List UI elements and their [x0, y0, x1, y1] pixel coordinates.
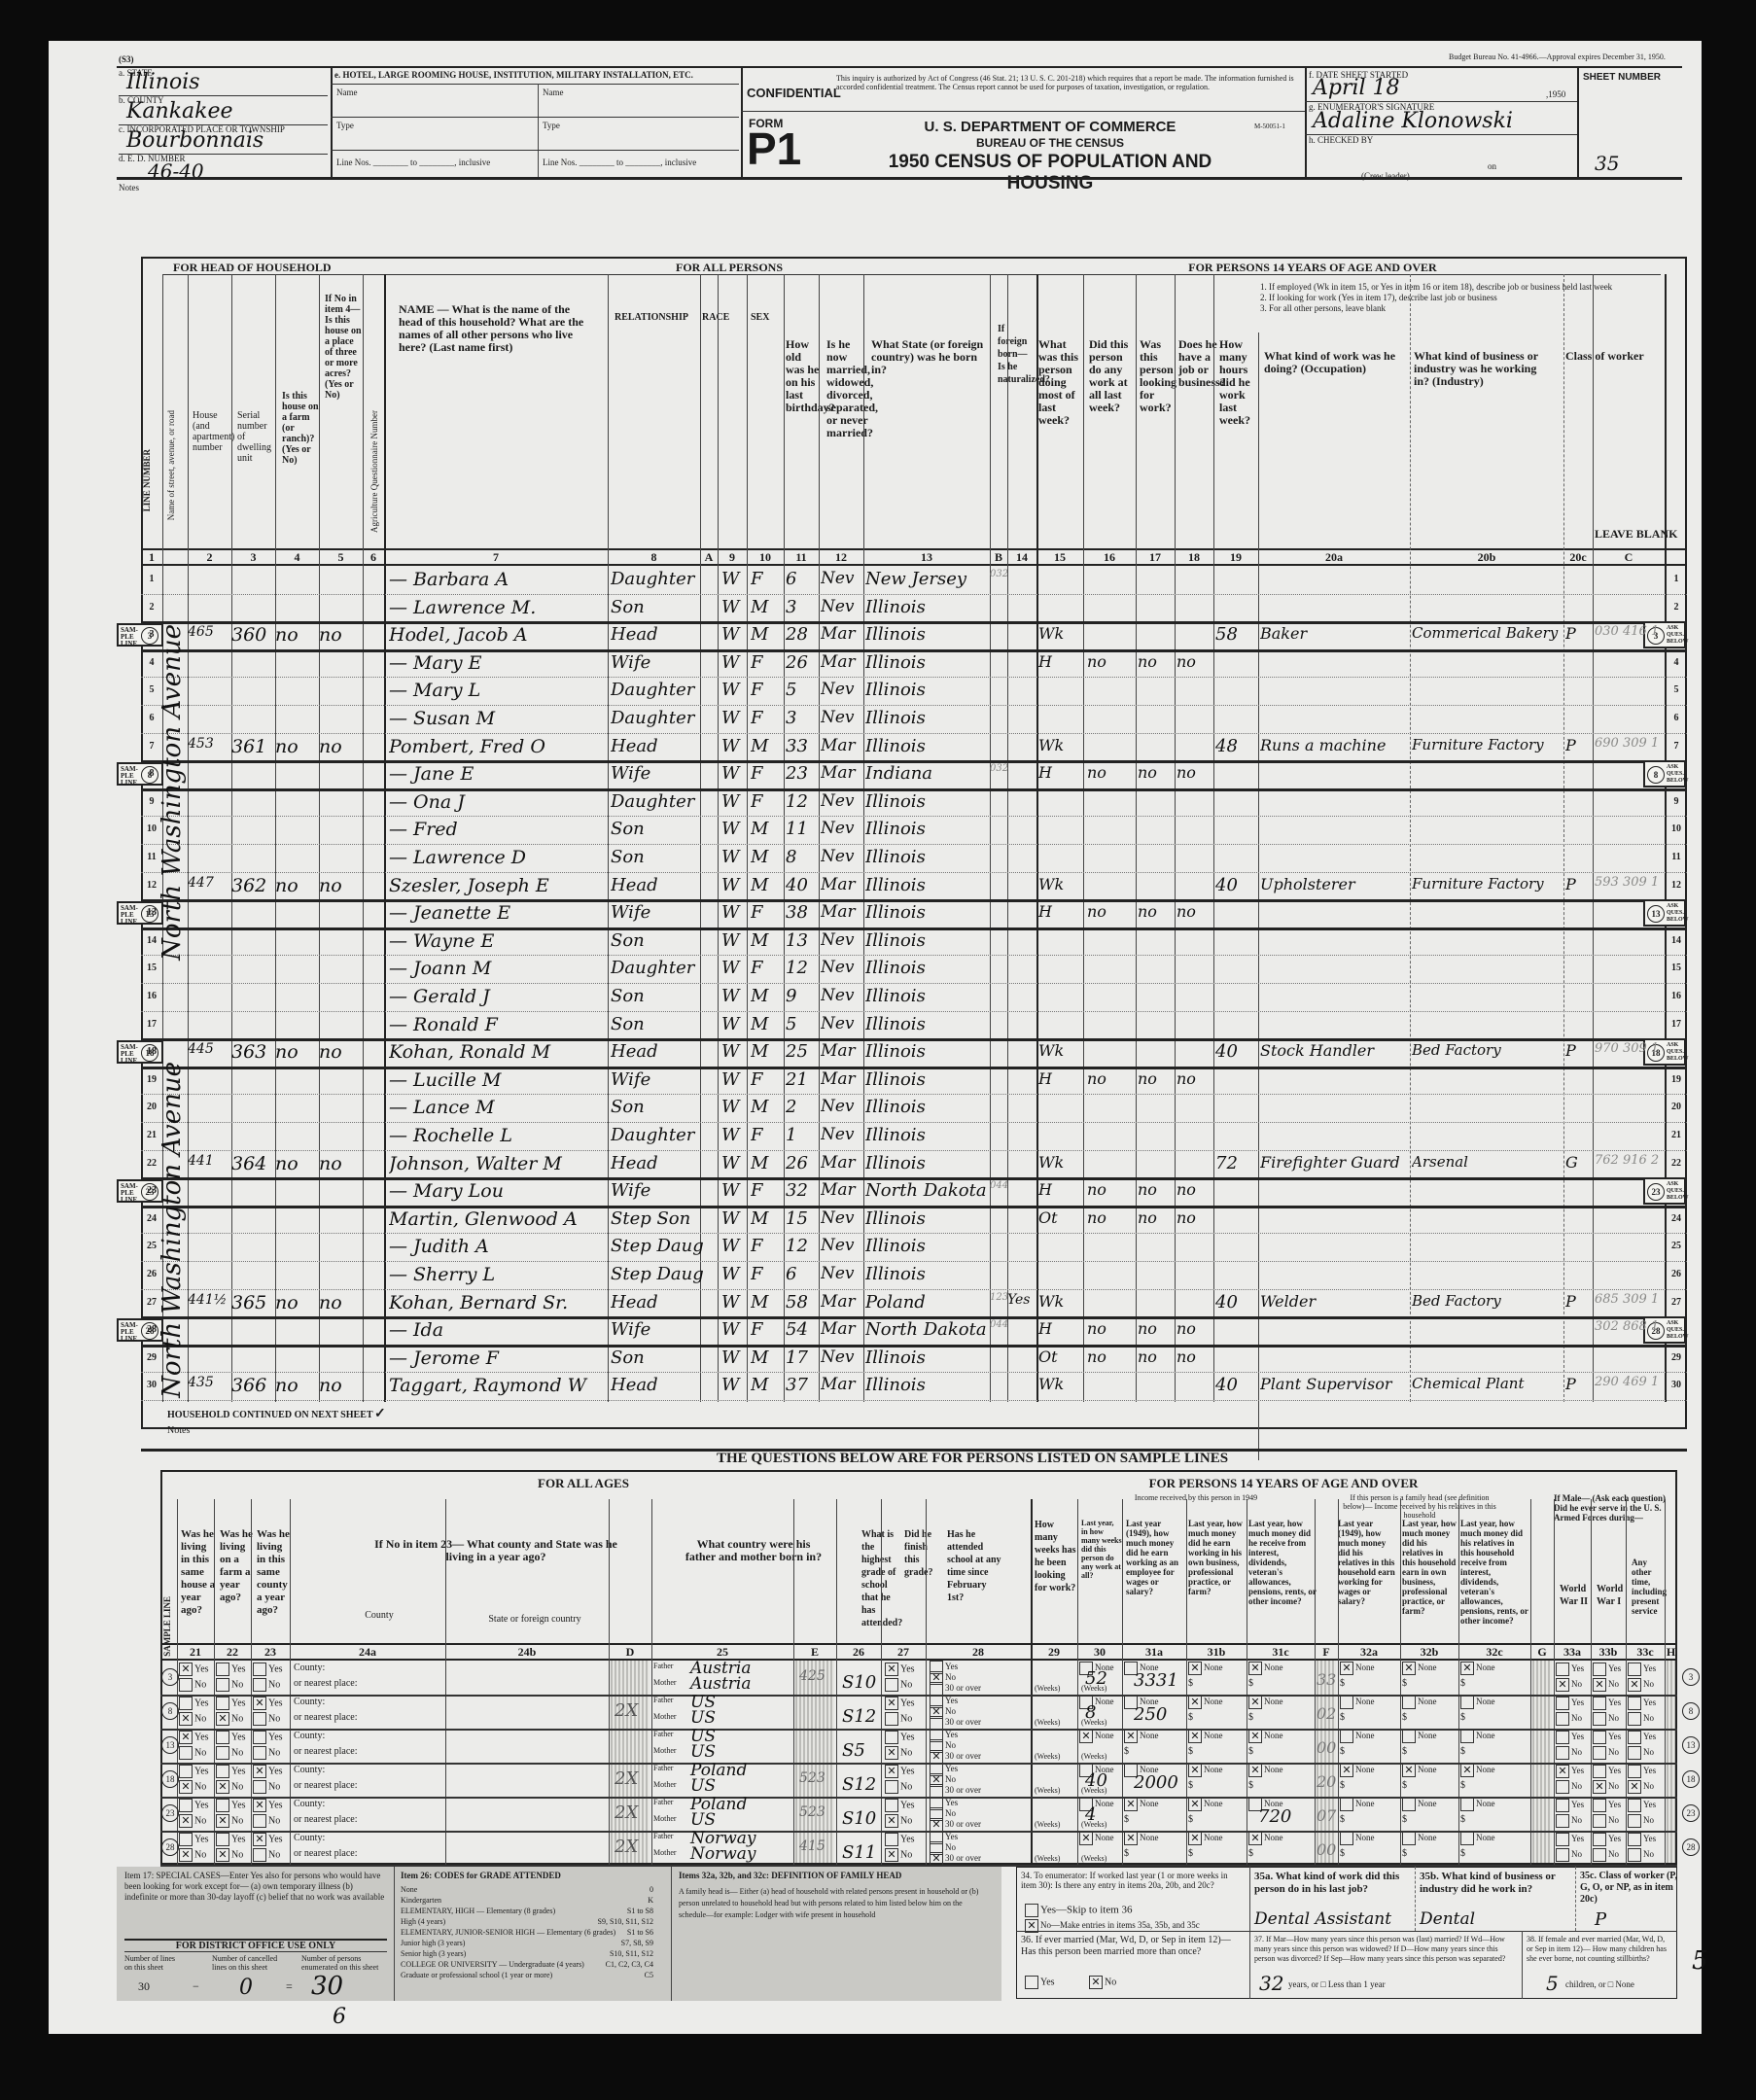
checkbox[interactable]	[216, 1799, 229, 1812]
income-none-own_biz[interactable]: ✕None	[1188, 1662, 1223, 1675]
checkbox[interactable]	[253, 1780, 266, 1794]
checkbox[interactable]: ✕	[1402, 1764, 1416, 1777]
checkbox[interactable]	[179, 1765, 193, 1778]
checkbox[interactable]: ✕	[179, 1814, 193, 1828]
armed-no-ww1[interactable]: No	[1593, 1746, 1619, 1760]
checkbox[interactable]	[1556, 1662, 1569, 1676]
finish-yes[interactable]: Yes	[885, 1833, 915, 1846]
finish-yes[interactable]: ✕Yes	[885, 1662, 915, 1676]
cell-race: W	[721, 1097, 747, 1117]
checkbox[interactable]: ✕	[1124, 1832, 1138, 1845]
checkbox[interactable]	[885, 1678, 898, 1692]
checkbox[interactable]: ✕	[1248, 1832, 1262, 1845]
checkbox[interactable]	[179, 1697, 193, 1710]
weeks-worked-none[interactable]: ✕None	[1079, 1730, 1114, 1743]
cell-birthplace: Illinois	[865, 1236, 992, 1256]
checkbox[interactable]	[1628, 1731, 1641, 1744]
checkbox[interactable]	[1556, 1780, 1569, 1794]
finish-yes[interactable]: ✕Yes	[885, 1697, 915, 1710]
checkbox[interactable]	[1556, 1697, 1569, 1710]
armed-yes-ww2[interactable]: Yes	[1556, 1662, 1584, 1676]
armed-yes-ww1[interactable]: Yes	[1593, 1799, 1621, 1812]
checkbox[interactable]: ✕	[930, 1750, 943, 1764]
checkbox[interactable]: ✕	[179, 1731, 193, 1744]
checkbox-no-q22[interactable]: No	[216, 1678, 243, 1692]
checkbox-label: None	[1204, 1697, 1223, 1706]
family-head-title: Items 32a, 32b, and 32c: DEFINITION OF F…	[679, 1871, 901, 1880]
checkbox[interactable]	[1340, 1730, 1353, 1743]
checkbox[interactable]	[1402, 1832, 1416, 1845]
checkbox-label: No	[1643, 1713, 1654, 1723]
income-none-rel_wages[interactable]: None	[1340, 1696, 1375, 1709]
checkbox[interactable]: ✕	[885, 1746, 898, 1760]
armed-yes-ww2[interactable]: Yes	[1556, 1833, 1584, 1846]
armed-no-ww1[interactable]: No	[1593, 1848, 1619, 1862]
checkbox[interactable]: ✕	[1593, 1780, 1606, 1794]
checkbox[interactable]: ✕	[1556, 1765, 1569, 1778]
income-none-other_inc[interactable]: ✕None	[1248, 1696, 1283, 1709]
checkbox[interactable]: ✕	[885, 1765, 898, 1778]
checkbox[interactable]: ✕	[1248, 1662, 1262, 1675]
cell-name: Martin, Glenwood A	[389, 1208, 608, 1230]
armed-no-other_service[interactable]: No	[1628, 1746, 1654, 1760]
q38-answer: 5	[1546, 1972, 1559, 1995]
checkbox[interactable]	[1628, 1712, 1641, 1726]
checkbox[interactable]: ✕	[885, 1697, 898, 1710]
school-30-or-over[interactable]: 30 or over	[930, 1784, 981, 1798]
checkbox[interactable]: ✕	[885, 1848, 898, 1862]
checkbox[interactable]	[1460, 1696, 1474, 1709]
checkbox[interactable]: ✕	[1188, 1798, 1202, 1811]
checkbox-yes-q21[interactable]: Yes	[179, 1765, 209, 1778]
armed-no-ww1[interactable]: No	[1593, 1712, 1619, 1726]
checkbox[interactable]	[1556, 1731, 1569, 1744]
income-none-rel_biz[interactable]: ✕None	[1402, 1764, 1437, 1777]
income-none-other_inc[interactable]: ✕None	[1248, 1662, 1283, 1675]
checkbox[interactable]	[1556, 1712, 1569, 1726]
checkbox[interactable]	[253, 1848, 266, 1862]
cell-occupation: Runs a machine	[1260, 736, 1410, 754]
checkbox[interactable]: ✕	[1248, 1696, 1262, 1709]
checkbox-yes-q21[interactable]: ✕Yes	[179, 1662, 209, 1676]
checkbox[interactable]	[253, 1731, 266, 1744]
income-none-rel_other[interactable]: None	[1460, 1696, 1495, 1709]
cell-name: — Jeanette E	[389, 902, 608, 924]
checkbox-yes-q21[interactable]: Yes	[179, 1833, 209, 1846]
school-30-or-over[interactable]: ✕30 or over	[930, 1852, 981, 1866]
checkbox[interactable]	[1340, 1696, 1353, 1709]
grade-code-label: Junior high (3 years)	[401, 1938, 465, 1948]
checkbox[interactable]	[1628, 1765, 1641, 1778]
armed-yes-other_service[interactable]: Yes	[1628, 1799, 1656, 1812]
armed-yes-other_service[interactable]: Yes	[1628, 1662, 1656, 1676]
checkbox[interactable]: ✕	[253, 1799, 266, 1812]
armed-yes-other_service[interactable]: Yes	[1628, 1697, 1656, 1710]
checkbox-label: None	[1204, 1731, 1223, 1740]
cell-birthplace: Illinois	[865, 902, 992, 923]
checkbox[interactable]	[216, 1731, 229, 1744]
cell-age: 15	[786, 1208, 819, 1229]
finish-no[interactable]: ✕No	[885, 1814, 912, 1828]
checkbox-no-q22[interactable]: ✕No	[216, 1814, 243, 1828]
checkbox[interactable]	[1402, 1798, 1416, 1811]
grade-code-value: S1 to S8	[627, 1906, 653, 1916]
income-none-own_biz[interactable]: ✕None	[1188, 1730, 1223, 1743]
checkbox[interactable]	[1556, 1848, 1569, 1862]
cell-leave-blank-e: 523	[799, 1804, 825, 1820]
checkbox[interactable]: ✕	[216, 1712, 229, 1726]
checkbox-yes-q23[interactable]: ✕Yes	[253, 1799, 283, 1812]
checkbox[interactable]: ✕	[1079, 1730, 1093, 1743]
checkbox[interactable]	[885, 1780, 898, 1794]
checkbox[interactable]	[1628, 1746, 1641, 1760]
checkbox[interactable]	[1593, 1814, 1606, 1828]
checkbox-no-q22[interactable]: ✕No	[216, 1712, 243, 1726]
checkbox[interactable]	[1628, 1697, 1641, 1710]
checkbox[interactable]	[179, 1678, 193, 1692]
checkbox-yes-q23[interactable]: ✕Yes	[253, 1833, 283, 1846]
checkbox-yes-q22[interactable]: Yes	[216, 1662, 246, 1676]
checkbox[interactable]	[1593, 1731, 1606, 1744]
income-none-wages[interactable]: ✕None	[1124, 1730, 1159, 1743]
row-divider	[141, 733, 1687, 734]
mother-label: Mother	[653, 1746, 677, 1755]
line-number-right: 29	[1667, 1352, 1686, 1363]
weeks-looking-label: (Weeks)	[1035, 1718, 1060, 1727]
finish-yes[interactable]: Yes	[885, 1731, 915, 1744]
finish-no[interactable]: No	[885, 1678, 912, 1692]
checkbox[interactable]	[1593, 1848, 1606, 1862]
checkbox-yes-q22[interactable]: Yes	[216, 1697, 246, 1710]
checkbox[interactable]	[885, 1731, 898, 1744]
checkbox[interactable]	[216, 1765, 229, 1778]
cell-codes: 762 916 2	[1595, 1153, 1665, 1168]
checkbox-yes-q22[interactable]: Yes	[216, 1799, 246, 1812]
checkbox[interactable]	[1628, 1799, 1641, 1812]
checkbox[interactable]	[253, 1746, 266, 1760]
armed-no-other_service[interactable]: No	[1628, 1712, 1654, 1726]
armed-no-other_service[interactable]: ✕No	[1628, 1780, 1654, 1794]
checkbox[interactable]	[1593, 1765, 1606, 1778]
armed-no-ww2[interactable]: No	[1556, 1848, 1582, 1862]
income-none-rel_biz[interactable]: None	[1402, 1832, 1437, 1845]
checkbox[interactable]: ✕	[179, 1780, 193, 1794]
family-income-header: If this person is a family head (see def…	[1342, 1493, 1497, 1520]
checkbox[interactable]	[1628, 1814, 1641, 1828]
checkbox[interactable]: ✕	[1124, 1798, 1138, 1811]
checkbox-yes-q23[interactable]: ✕Yes	[253, 1697, 283, 1710]
checkbox[interactable]: ✕	[885, 1814, 898, 1828]
checkbox[interactable]: ✕	[1628, 1678, 1641, 1692]
income-none-own_biz[interactable]: ✕None	[1188, 1696, 1223, 1709]
checkbox[interactable]	[1556, 1746, 1569, 1760]
checkbox[interactable]: ✕	[1460, 1764, 1474, 1777]
checkbox[interactable]	[1460, 1798, 1474, 1811]
armed-yes-ww1[interactable]: Yes	[1593, 1731, 1621, 1744]
cell-activity: Wk	[1038, 1292, 1083, 1311]
checkbox[interactable]: ✕	[253, 1833, 266, 1846]
school-30-or-over[interactable]: ✕30 or over	[930, 1750, 981, 1764]
checkbox-yes-q21[interactable]: Yes	[179, 1697, 209, 1710]
income-none-own_biz[interactable]: ✕None	[1188, 1832, 1223, 1845]
cell-name: — Mary Lou	[389, 1180, 608, 1202]
income-none-own_biz[interactable]: ✕None	[1188, 1798, 1223, 1811]
checkbox-no-q23[interactable]: No	[253, 1746, 280, 1760]
col-21-header: Was he living in this same house a year …	[181, 1528, 216, 1617]
armed-yes-ww1[interactable]: Yes	[1593, 1765, 1621, 1778]
armed-yes-ww1[interactable]: Yes	[1593, 1662, 1621, 1676]
checkbox[interactable]: ✕	[1188, 1832, 1202, 1845]
margin-mark: 5	[1692, 1946, 1708, 1976]
checkbox-label: None	[1140, 1833, 1159, 1842]
cell-b: 032	[990, 569, 1007, 579]
income-none-rel_biz[interactable]: None	[1402, 1730, 1437, 1743]
armed-no-ww2[interactable]: No	[1556, 1780, 1582, 1794]
armed-no-other_service[interactable]: ✕No	[1628, 1678, 1654, 1692]
checkbox[interactable]	[216, 1678, 229, 1692]
checkbox[interactable]	[1593, 1712, 1606, 1726]
checkbox[interactable]: ✕	[885, 1662, 898, 1676]
checkbox[interactable]	[1593, 1662, 1606, 1676]
checkbox-no-q21[interactable]: No	[179, 1678, 206, 1692]
cell-q17: no	[1138, 1319, 1175, 1338]
finish-yes[interactable]: ✕Yes	[885, 1765, 915, 1778]
dollar-sign: $	[1248, 1780, 1253, 1791]
income-none-rel_other[interactable]: None	[1460, 1730, 1495, 1743]
armed-yes-other_service[interactable]: Yes	[1628, 1765, 1656, 1778]
checkbox[interactable]	[885, 1833, 898, 1846]
weeks-worked-none[interactable]: ✕None	[1079, 1832, 1114, 1845]
income-none-wages[interactable]: ✕None	[1124, 1832, 1159, 1845]
checkbox[interactable]: ✕	[179, 1662, 193, 1676]
finish-no[interactable]: No	[885, 1780, 912, 1794]
sample-line-circle: 3	[161, 1668, 179, 1686]
checkbox-no-q23[interactable]: No	[253, 1848, 280, 1862]
armed-no-ww2[interactable]: No	[1556, 1746, 1582, 1760]
checkbox[interactable]	[885, 1799, 898, 1812]
checkbox[interactable]: ✕	[1556, 1678, 1569, 1692]
income-none-own_biz[interactable]: ✕None	[1188, 1764, 1223, 1777]
checkbox[interactable]: ✕	[1628, 1780, 1641, 1794]
checkbox[interactable]	[885, 1712, 898, 1726]
checkbox[interactable]	[216, 1697, 229, 1710]
armed-yes-other_service[interactable]: Yes	[1628, 1731, 1656, 1744]
checkbox[interactable]: ✕	[253, 1765, 266, 1778]
checkbox-yes-q21[interactable]: ✕Yes	[179, 1731, 209, 1744]
checkbox-label: None	[1355, 1765, 1375, 1774]
checkbox[interactable]	[930, 1784, 943, 1798]
income-none-rel_other[interactable]: None	[1460, 1832, 1495, 1845]
mother-label: Mother	[653, 1678, 677, 1687]
checkbox[interactable]: ✕	[1402, 1662, 1416, 1675]
finish-yes[interactable]: Yes	[885, 1799, 915, 1812]
income-none-rel_other[interactable]: None	[1460, 1798, 1495, 1811]
armed-no-other_service[interactable]: No	[1628, 1814, 1654, 1828]
checkbox[interactable]	[930, 1682, 943, 1696]
armed-yes-ww2[interactable]: Yes	[1556, 1799, 1584, 1812]
household-continued-checkbox[interactable]: ✓	[374, 1406, 386, 1422]
grade-codes-list: None0KindergartenKELEMENTARY, HIGH — Ele…	[401, 1884, 653, 1980]
checkbox[interactable]: ✕	[1124, 1730, 1138, 1743]
checkbox-no-q23[interactable]: No	[253, 1814, 280, 1828]
checkbox[interactable]: ✕	[179, 1848, 193, 1862]
checkbox-no-q22[interactable]: No	[216, 1746, 243, 1760]
checkbox[interactable]	[1556, 1799, 1569, 1812]
income-none-other_inc[interactable]: ✕None	[1248, 1832, 1283, 1845]
checkbox[interactable]	[1593, 1833, 1606, 1846]
column-number-12: 12	[819, 550, 863, 565]
checkbox[interactable]	[253, 1662, 266, 1676]
checkbox[interactable]	[1460, 1730, 1474, 1743]
checkbox-yes-q22[interactable]: Yes	[216, 1833, 246, 1846]
sample-column-divider	[836, 1499, 837, 1865]
checkbox-no-q21[interactable]: ✕No	[179, 1848, 206, 1862]
checkbox-no-q23[interactable]: No	[253, 1678, 280, 1692]
school-30-or-over[interactable]: 30 or over	[930, 1716, 981, 1730]
col-20a-header: What kind of work was he doing? (Occupat…	[1264, 350, 1400, 375]
checkbox[interactable]: ✕	[1460, 1662, 1474, 1675]
checkbox[interactable]	[179, 1833, 193, 1846]
checkbox-no-q21[interactable]: No	[179, 1746, 206, 1760]
checkbox[interactable]: ✕	[930, 1818, 943, 1832]
checkbox[interactable]	[1593, 1697, 1606, 1710]
school-30-or-over[interactable]: ✕30 or over	[930, 1818, 981, 1832]
checkbox[interactable]	[179, 1746, 193, 1760]
checkbox[interactable]	[1593, 1746, 1606, 1760]
income-none-other_inc[interactable]: ✕None	[1248, 1730, 1283, 1743]
col-11-header: How old was he on his last birthday?	[786, 338, 823, 414]
checkbox-no-q23[interactable]: No	[253, 1712, 280, 1726]
income-none-rel_biz[interactable]: None	[1402, 1696, 1437, 1709]
armed-no-ww1[interactable]: No	[1593, 1814, 1619, 1828]
checkbox[interactable]	[253, 1678, 266, 1692]
checkbox-no-q21[interactable]: ✕No	[179, 1712, 206, 1726]
form-id: P1	[747, 126, 801, 171]
checkbox[interactable]: ✕	[1188, 1662, 1202, 1675]
checkbox[interactable]: ✕	[1188, 1730, 1202, 1743]
armed-yes-ww1[interactable]: Yes	[1593, 1697, 1621, 1710]
cell-sex: M	[751, 930, 780, 951]
armed-no-other_service[interactable]: No	[1628, 1848, 1654, 1862]
income-none-rel_other[interactable]: ✕None	[1460, 1764, 1495, 1777]
checkbox[interactable]	[216, 1662, 229, 1676]
checkbox[interactable]	[1402, 1696, 1416, 1709]
checkbox[interactable]	[216, 1746, 229, 1760]
checkbox[interactable]: ✕	[216, 1780, 229, 1794]
checkbox[interactable]: ✕	[1248, 1730, 1262, 1743]
checkbox-label: None	[1204, 1833, 1223, 1842]
cell-name: Kohan, Ronald M	[389, 1041, 608, 1063]
armed-yes-ww2[interactable]: Yes	[1556, 1731, 1584, 1744]
q34-yes-option[interactable]: Yes—Skip to item 36	[1025, 1904, 1133, 1917]
checkbox[interactable]	[1340, 1798, 1353, 1811]
checkbox-no-q23[interactable]: No	[253, 1780, 280, 1794]
checkbox[interactable]	[1340, 1832, 1353, 1845]
q36-no-option[interactable]: ✕No	[1089, 1976, 1116, 1989]
checkbox[interactable]: ✕	[179, 1712, 193, 1726]
sample-column-number-33a: 33a	[1554, 1645, 1591, 1660]
finish-no[interactable]: ✕No	[885, 1848, 912, 1862]
armed-yes-other_service[interactable]: Yes	[1628, 1833, 1656, 1846]
checkbox[interactable]: ✕	[1340, 1662, 1353, 1675]
checkbox-yes-q23[interactable]: ✕Yes	[253, 1765, 283, 1778]
checkbox[interactable]	[1628, 1848, 1641, 1862]
income-none-rel_wages[interactable]: ✕None	[1340, 1764, 1375, 1777]
school-30-or-over[interactable]: 30 or over	[930, 1682, 981, 1696]
checkbox-no-q22[interactable]: ✕No	[216, 1848, 243, 1862]
armed-no-ww2[interactable]: No	[1556, 1712, 1582, 1726]
checkbox[interactable]: ✕	[1188, 1764, 1202, 1777]
income-none-rel_wages[interactable]: None	[1340, 1832, 1375, 1845]
cell-farm: no	[275, 875, 319, 896]
checkbox[interactable]: ✕	[1593, 1678, 1606, 1692]
income-none-rel_wages[interactable]: ✕None	[1340, 1662, 1375, 1675]
armed-no-ww1[interactable]: ✕No	[1593, 1678, 1619, 1692]
armed-yes-ww2[interactable]: Yes	[1556, 1697, 1584, 1710]
checkbox[interactable]: ✕	[216, 1814, 229, 1828]
income-none-rel_wages[interactable]: None	[1340, 1798, 1375, 1811]
checkbox-yes-q23[interactable]: Yes	[253, 1662, 283, 1676]
checkbox[interactable]: ✕	[930, 1852, 943, 1866]
income-none-rel_other[interactable]: ✕None	[1460, 1662, 1495, 1675]
checkbox[interactable]	[1628, 1662, 1641, 1676]
checkbox[interactable]	[179, 1799, 193, 1812]
armed-no-ww2[interactable]: No	[1556, 1814, 1582, 1828]
checkbox-yes-q23[interactable]: Yes	[253, 1731, 283, 1744]
checkbox[interactable]: ✕	[216, 1848, 229, 1862]
checkbox[interactable]	[1402, 1730, 1416, 1743]
checkbox[interactable]	[253, 1712, 266, 1726]
income-none-rel_wages[interactable]: None	[1340, 1730, 1375, 1743]
income-none-other_inc[interactable]: ✕None	[1248, 1764, 1283, 1777]
checkbox[interactable]	[1593, 1799, 1606, 1812]
checkbox-yes-q22[interactable]: Yes	[216, 1731, 246, 1744]
checkbox[interactable]	[1556, 1833, 1569, 1846]
q36-yes-option[interactable]: Yes	[1025, 1976, 1055, 1989]
county-label: County:	[294, 1662, 325, 1673]
checkbox[interactable]: ✕	[1188, 1696, 1202, 1709]
armed-no-ww1[interactable]: ✕No	[1593, 1780, 1619, 1794]
checkbox[interactable]	[216, 1833, 229, 1846]
checkbox[interactable]: ✕	[1079, 1832, 1093, 1845]
armed-no-ww2[interactable]: ✕No	[1556, 1678, 1582, 1692]
armed-yes-ww1[interactable]: Yes	[1593, 1833, 1621, 1846]
income-none-wages[interactable]: ✕None	[1124, 1798, 1159, 1811]
checkbox[interactable]	[930, 1716, 943, 1730]
checkbox[interactable]	[253, 1814, 266, 1828]
income-none-rel_biz[interactable]: None	[1402, 1798, 1437, 1811]
cell-activity: H	[1038, 652, 1083, 671]
checkbox[interactable]: ✕	[253, 1697, 266, 1710]
checkbox-yes-q22[interactable]: Yes	[216, 1765, 246, 1778]
income-none-rel_biz[interactable]: ✕None	[1402, 1662, 1437, 1675]
checkbox[interactable]: ✕	[1248, 1764, 1262, 1777]
checkbox-no-q21[interactable]: ✕No	[179, 1814, 206, 1828]
checkbox-no-q22[interactable]: ✕No	[216, 1780, 243, 1794]
finish-no[interactable]: ✕No	[885, 1746, 912, 1760]
cell-leave-blank-e: 523	[799, 1770, 825, 1786]
checkbox[interactable]	[1556, 1814, 1569, 1828]
checkbox[interactable]: ✕	[1340, 1764, 1353, 1777]
checkbox-no-q21[interactable]: ✕No	[179, 1780, 206, 1794]
armed-yes-ww2[interactable]: ✕Yes	[1556, 1765, 1584, 1778]
checkbox[interactable]	[1628, 1833, 1641, 1846]
finish-no[interactable]: No	[885, 1712, 912, 1726]
checkbox-yes-q21[interactable]: Yes	[179, 1799, 209, 1812]
checkbox[interactable]	[1460, 1832, 1474, 1845]
cell-birthplace: Illinois	[865, 1069, 992, 1090]
cell-hours: 58	[1215, 624, 1258, 645]
